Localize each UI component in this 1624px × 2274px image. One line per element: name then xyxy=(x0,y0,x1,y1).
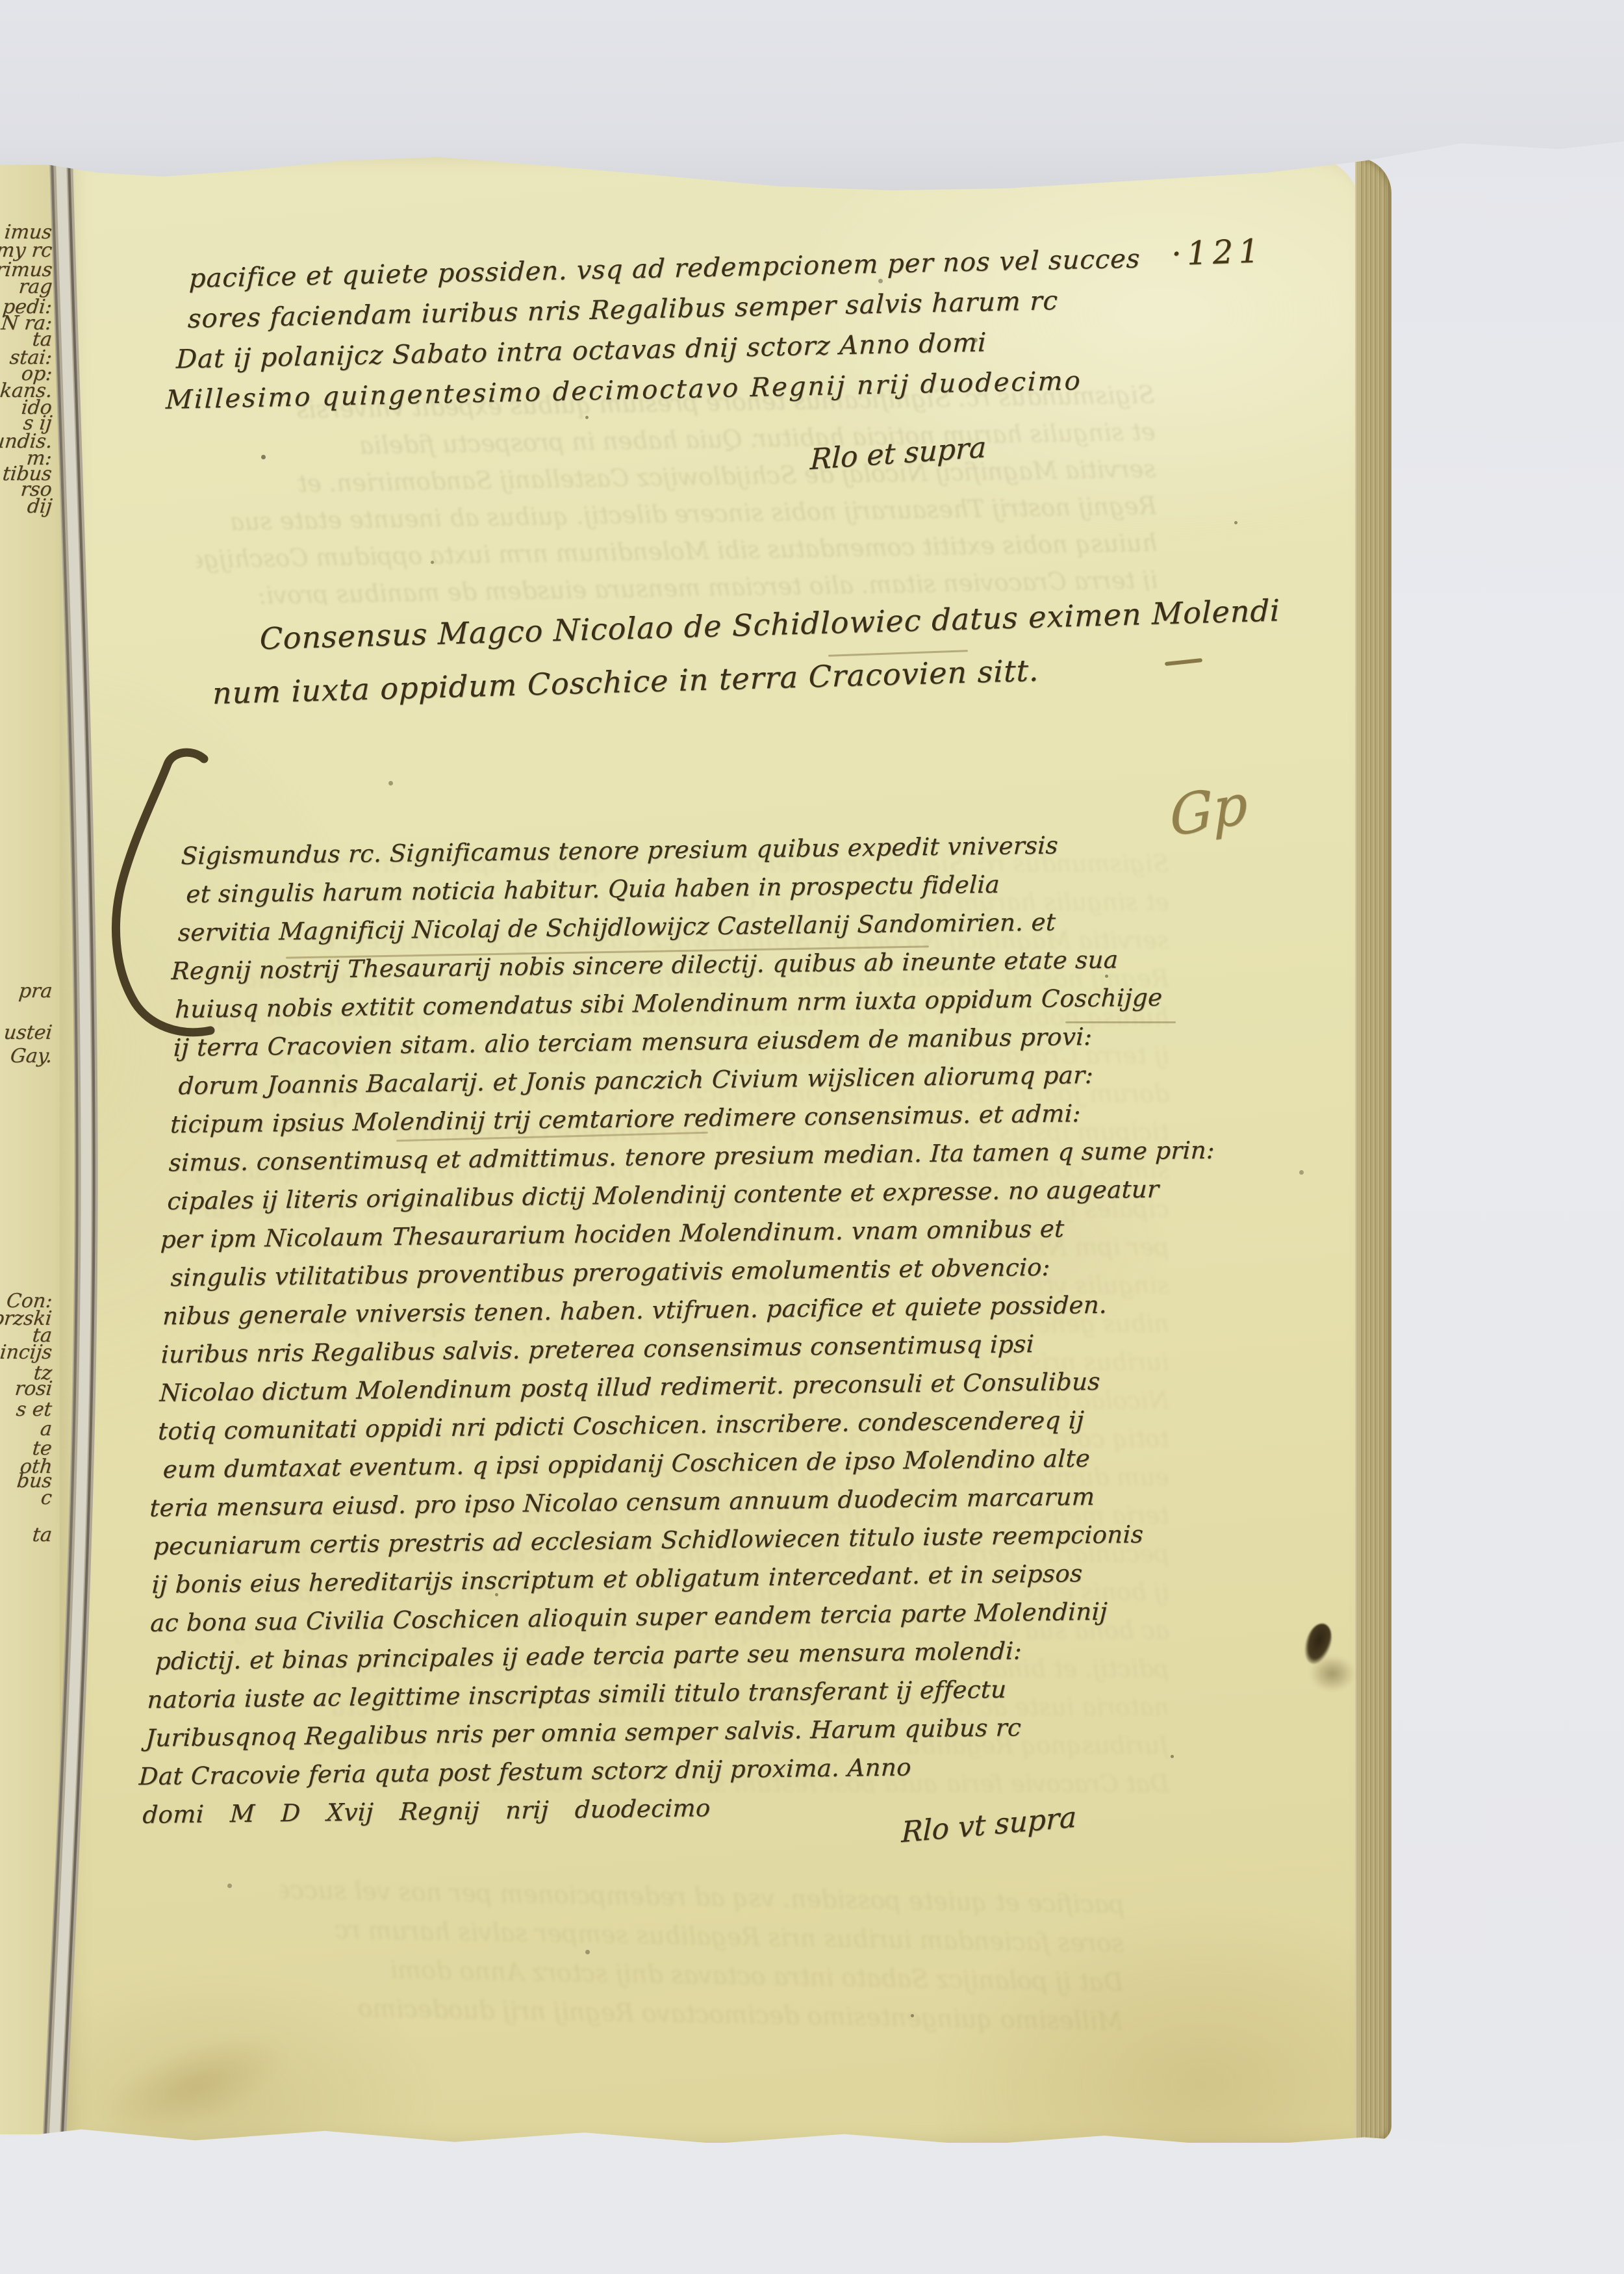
fragment-text: ta xyxy=(31,1524,53,1546)
underline-mark xyxy=(1065,1021,1176,1023)
fragment-text: ustei xyxy=(3,1021,53,1044)
fragment-text: Gay. xyxy=(9,1045,53,1067)
fragment-text: dij xyxy=(26,495,53,518)
book-fore-edge xyxy=(1355,157,1391,2141)
facing-page-text-fragments: imusmy rcrrimusragpedi:N ra:tastai:op:ka… xyxy=(0,0,77,2274)
entry-body-text: Sigismundus rc. Significamus tenore pres… xyxy=(142,824,1186,1834)
fragment-text: rosi xyxy=(14,1377,53,1400)
cover-sheet-top xyxy=(0,0,1624,196)
ink-smudge xyxy=(1310,1655,1355,1692)
previous-entry-closing: pacifice et quiete possiden. vsq ad rede… xyxy=(184,238,1189,420)
manuscript-scan: Sigismundus rc. Significamus tenore pres… xyxy=(0,0,1624,2274)
background-bottom xyxy=(0,2117,1624,2274)
fragment-text: rag xyxy=(18,275,53,298)
fragment-text: incijs xyxy=(0,1341,53,1364)
fragment-text: pra xyxy=(18,980,53,1003)
fragment-text: c xyxy=(40,1487,53,1509)
